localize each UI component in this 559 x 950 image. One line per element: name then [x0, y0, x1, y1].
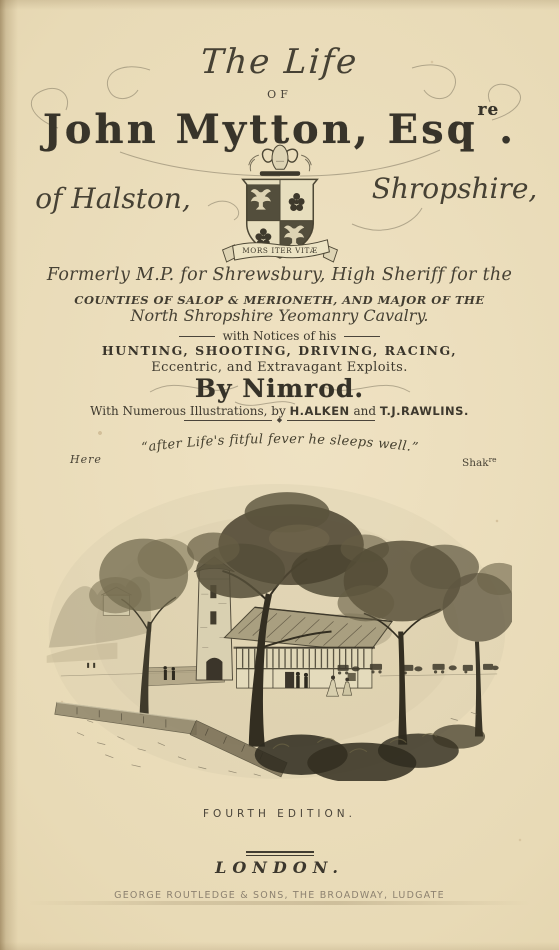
honors-line-6: Eccentric, and Extravagant Exploits.: [0, 360, 559, 375]
title-name-superscript: re: [478, 99, 500, 119]
motto-text: MORS ITER VITÆ: [242, 246, 318, 255]
quote-body: “after Life's fitful fever he sleeps wel…: [141, 432, 420, 456]
edition-statement: FOURTH EDITION.: [0, 808, 559, 820]
imprint-city: LONDON.: [0, 858, 559, 877]
honors-line-4: with Notices of his: [0, 329, 559, 343]
left-dash-rule: [179, 336, 215, 337]
publisher-line: GEORGE ROUTLEDGE & SONS, THE BROADWAY, L…: [0, 890, 559, 901]
quote-attribution: Shak: [462, 457, 489, 469]
honors-line-2: COUNTIES OF SALOP & MERIONETH, AND MAJOR…: [0, 293, 559, 307]
double-rule-divider: [246, 851, 314, 856]
residence-right: Shropshire,: [352, 172, 557, 205]
honors-line-3: North Shropshire Yeomanry Cavalry.: [0, 306, 559, 325]
crest-ram-head: [249, 145, 311, 176]
right-dash-rule: [344, 336, 380, 337]
halston-chapel-engraving: [46, 478, 512, 781]
title-name-punct: .: [499, 106, 516, 153]
honors-line-5: HUNTING, SHOOTING, DRIVING, RACING,: [0, 343, 559, 358]
quote-prefix: Here: [69, 453, 102, 466]
honors-line-4-text: with Notices of his: [223, 329, 337, 343]
coat-of-arms: MORS ITER VITÆ: [214, 135, 346, 263]
artist-2: T.J.RAWLINS.: [380, 404, 469, 418]
illustrations-conjunction: and: [350, 404, 380, 418]
svg-text:“after Life's fitful fever he: “after Life's fitful fever he sleeps wel…: [141, 432, 420, 456]
residence-left: of Halston,: [8, 182, 218, 215]
svg-text:Shakre: Shakre: [462, 455, 497, 469]
author-byline: By Nimrod.: [0, 374, 559, 403]
epigraph-quote: Here “after Life's fitful fever he sleep…: [50, 421, 510, 469]
book-title-line1: The Life: [0, 42, 559, 82]
quote-attribution-superscript: re: [489, 455, 498, 464]
artist-1: H.ALKEN: [290, 404, 350, 418]
book-title-page: The Life OF John Mytton, Esqre.: [0, 0, 559, 950]
illustrations-prefix: With Numerous Illustrations, by: [90, 404, 289, 418]
honors-line-1: Formerly M.P. for Shrewsbury, High Sheri…: [0, 265, 559, 285]
